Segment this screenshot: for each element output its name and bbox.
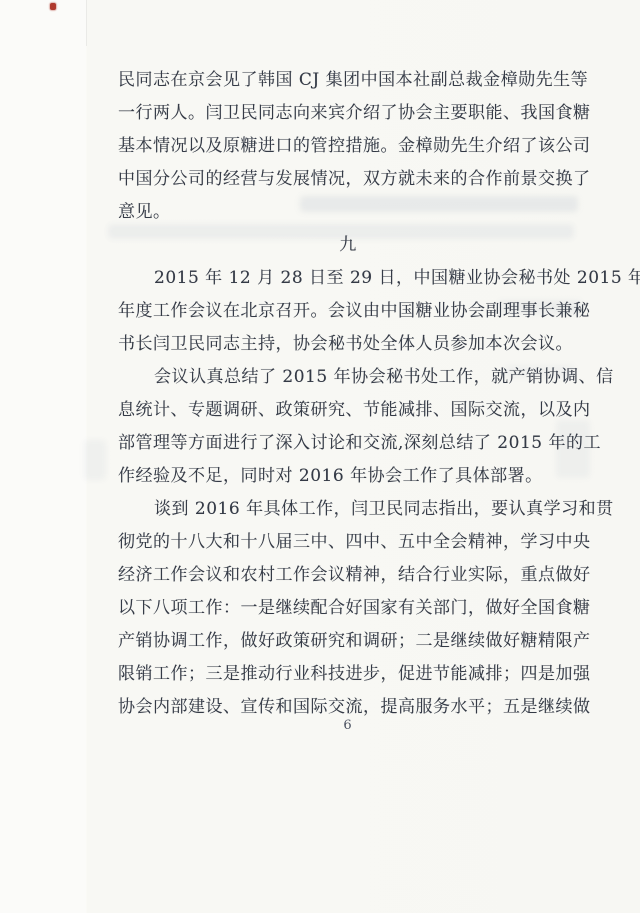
- bleed-through-smudge: [84, 440, 106, 480]
- text-line: 限销工作；三是推动行业科技进步，促进节能减排；四是加强: [118, 658, 578, 691]
- section-heading: 九: [118, 229, 578, 262]
- text-line: 作经验及不足，同时对 2016 年协会工作了具体部署。: [118, 460, 578, 493]
- text-line: 息统计、专题调研、政策研究、节能减排、国际交流，以及内: [118, 394, 578, 427]
- document-body: 民同志在京会见了韩国 CJ 集团中国本社副总裁金樟勋先生等 一行两人。闫卫民同志…: [118, 64, 578, 724]
- text-line: 2015 年 12 月 28 日至 29 日，中国糖业协会秘书处 2015 年: [118, 262, 578, 295]
- text-line: 中国分公司的经营与发展情况，双方就未来的合作前景交换了: [118, 163, 578, 196]
- text-line: 年度工作会议在北京召开。会议由中国糖业协会副理事长兼秘: [118, 295, 578, 328]
- scanned-page: 民同志在京会见了韩国 CJ 集团中国本社副总裁金樟勋先生等 一行两人。闫卫民同志…: [0, 0, 640, 913]
- scan-edge-line: [86, 0, 87, 46]
- text-line: 会议认真总结了 2015 年协会秘书处工作，就产销协调、信: [118, 361, 578, 394]
- red-ink-dot: [50, 3, 56, 10]
- text-line: 彻党的十八大和十八届三中、四中、五中全会精神，学习中央: [118, 526, 578, 559]
- text-line: 经济工作会议和农村工作会议精神，结合行业实际，重点做好: [118, 559, 578, 592]
- text-line: 一行两人。闫卫民同志向来宾介绍了协会主要职能、我国食糖: [118, 97, 578, 130]
- text-line: 谈到 2016 年具体工作，闫卫民同志指出，要认真学习和贯: [118, 493, 578, 526]
- text-line: 书长闫卫民同志主持，协会秘书处全体人员参加本次会议。: [118, 328, 578, 361]
- page-number: 6: [118, 718, 578, 733]
- text-line: 基本情况以及原糖进口的管控措施。金樟勋先生介绍了该公司: [118, 130, 578, 163]
- text-line: 部管理等方面进行了深入讨论和交流,深刻总结了 2015 年的工: [118, 427, 578, 460]
- text-line: 民同志在京会见了韩国 CJ 集团中国本社副总裁金樟勋先生等: [118, 64, 578, 97]
- text-line: 意见。: [118, 196, 578, 229]
- text-line: 以下八项工作：一是继续配合好国家有关部门，做好全国食糖: [118, 592, 578, 625]
- text-line: 产销协调工作，做好政策研究和调研；二是继续做好糖精限产: [118, 625, 578, 658]
